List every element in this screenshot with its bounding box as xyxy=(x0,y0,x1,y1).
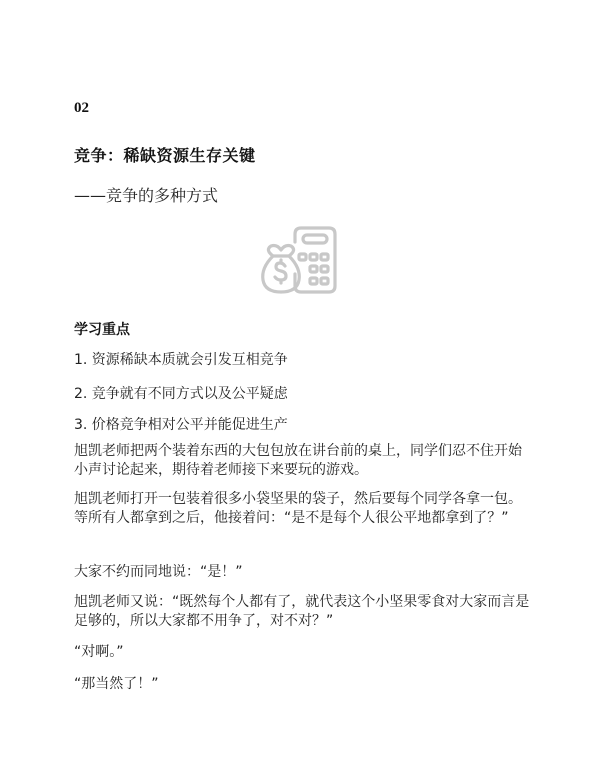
body-paragraph: 大家不约而同地说：“是！” xyxy=(74,563,534,582)
money-bag-calculator-icon xyxy=(259,224,341,296)
key-point-item: 2. 竞争就有不同方式以及公平疑虑 xyxy=(74,384,288,404)
body-paragraph: “对啊。” xyxy=(74,643,534,662)
key-point-item: 1. 资源稀缺本质就会引发互相竞争 xyxy=(74,350,288,370)
body-paragraph: “那当然了！” xyxy=(74,675,534,694)
body-paragraph: 旭凯老师又说：“既然每个人都有了，就代表这个小坚果零食对大家而言是足够的，所以大… xyxy=(74,593,534,631)
body-paragraph: 旭凯老师打开一包装着很多小袋坚果的袋子，然后要每个同学各拿一包。等所有人都拿到之… xyxy=(74,490,534,528)
document-page: 02 竞争：稀缺资源生存关键 ——竞争的多种方式 学习重点 1. 资源稀缺本 xyxy=(0,0,600,778)
section-heading: 学习重点 xyxy=(74,320,130,340)
key-point-item: 3. 价格竞争相对公平并能促进生产 xyxy=(74,415,288,435)
body-paragraph: 旭凯老师把两个装着东西的大包包放在讲台前的桌上，同学们忍不住开始小声讨论起来，期… xyxy=(74,442,534,480)
chapter-subtitle: ——竞争的多种方式 xyxy=(74,185,218,207)
chapter-number: 02 xyxy=(74,99,89,117)
chapter-title: 竞争：稀缺资源生存关键 xyxy=(74,145,256,167)
